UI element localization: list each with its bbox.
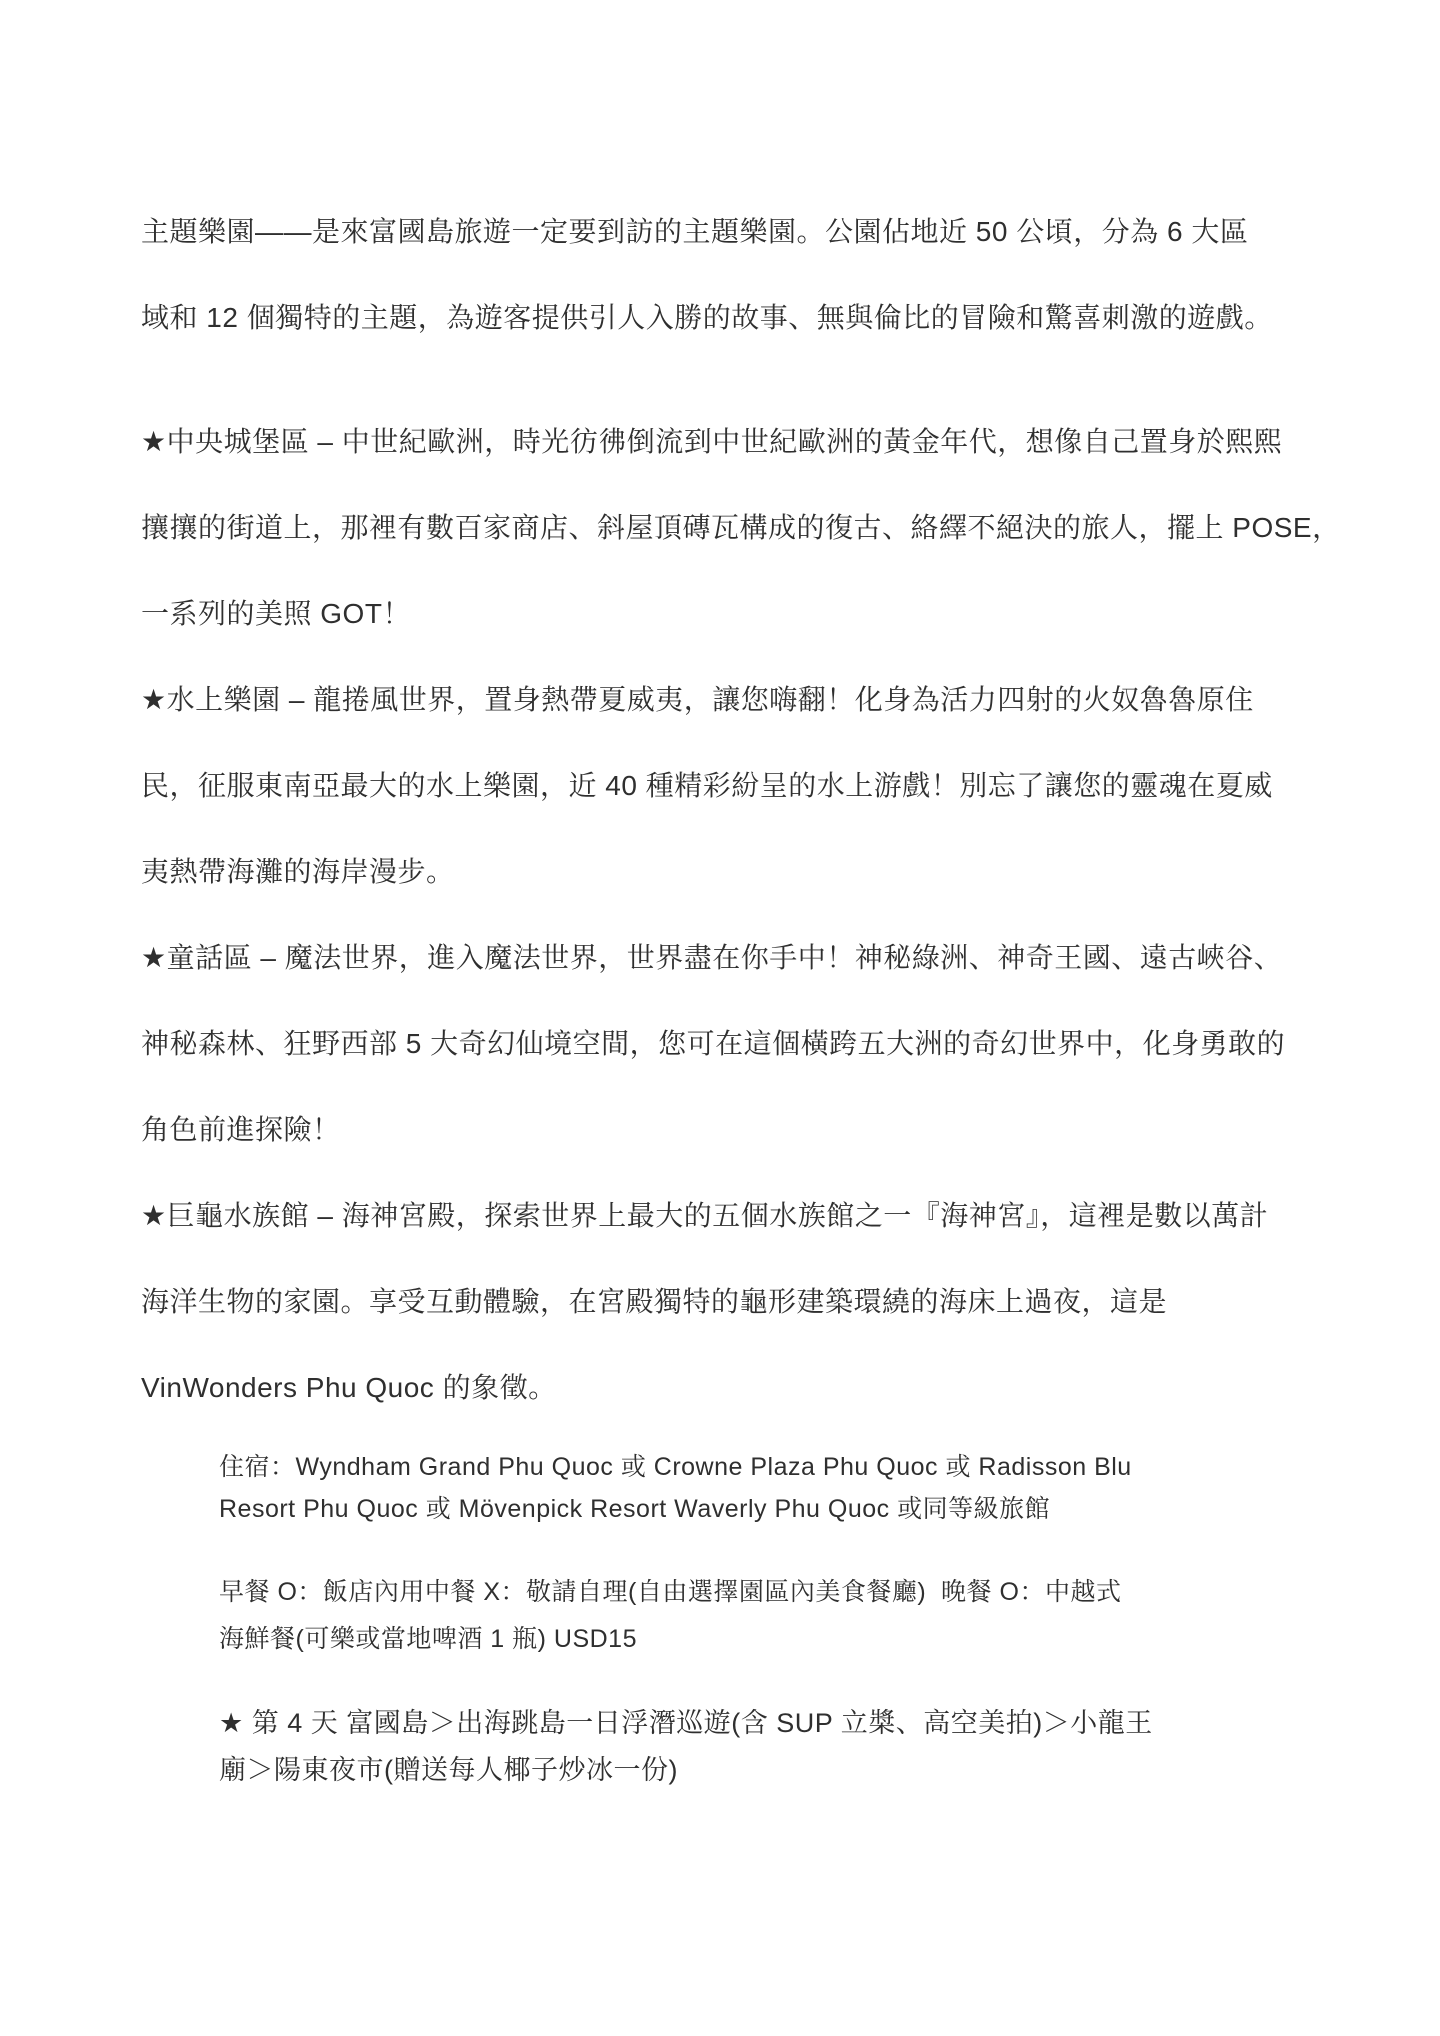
document-page: 主題樂園——是來富國島旅遊一定要到訪的主題樂園。公園佔地近 50 公頃，分為 6… (0, 0, 1440, 2036)
water-park-line-1: ★水上樂園 – 龍捲風世界，置身熱帶夏威夷，讓您嗨翻！化身為活力四射的火奴魯魯原… (141, 682, 1254, 717)
water-park-line-3: 夷熱帶海灘的海岸漫步。 (141, 854, 455, 889)
meals-note-line-2: 海鮮餐(可樂或當地啤酒 1 瓶) USD15 (219, 1624, 637, 1655)
fairy-tale-line-3: 角色前進探險！ (141, 1112, 341, 1147)
hotel-note-line-2: Resort Phu Quoc 或 Mövenpick Resort Waver… (219, 1494, 1050, 1525)
water-park-line-2: 民，征服東南亞最大的水上樂園，近 40 種精彩紛呈的水上游戲！別忘了讓您的靈魂在… (141, 768, 1273, 803)
day4-heading-line-1: ★ 第 4 天 富國島＞出海跳島一日浮潛巡遊(含 SUP 立槳、高空美拍)＞小龍… (219, 1707, 1153, 1741)
day4-heading-line-2: 廟＞陽東夜市(贈送每人椰子炒冰一份) (219, 1754, 678, 1788)
hotel-note-line-1: 住宿：Wyndham Grand Phu Quoc 或 Crowne Plaza… (219, 1452, 1132, 1483)
aquarium-line-2: 海洋生物的家園。享受互動體驗，在宮殿獨特的龜形建築環繞的海床上過夜，這是 (141, 1284, 1167, 1319)
aquarium-line-3: VinWonders Phu Quoc 的象徵。 (141, 1370, 557, 1405)
meals-note-line-1: 早餐 O：飯店內用中餐 X：敬請自理(自由選擇園區內美食餐廳) 晚餐 O：中越式 (219, 1577, 1121, 1608)
aquarium-line-1: ★巨龜水族館 – 海神宮殿，探索世界上最大的五個水族館之一『海神宮』，這裡是數以… (141, 1198, 1268, 1233)
fairy-tale-line-2: 神秘森林、狂野西部 5 大奇幻仙境空間，您可在這個橫跨五大洲的奇幻世界中，化身勇… (141, 1026, 1285, 1061)
intro-line-1: 主題樂園——是來富國島旅遊一定要到訪的主題樂園。公園佔地近 50 公頃，分為 6… (141, 214, 1248, 249)
castle-zone-line-3: 一系列的美照 GOT！ (141, 596, 411, 631)
castle-zone-line-1: ★中央城堡區 – 中世紀歐洲，時光彷彿倒流到中世紀歐洲的黃金年代，想像自己置身於… (141, 424, 1282, 459)
fairy-tale-line-1: ★童話區 – 魔法世界，進入魔法世界，世界盡在你手中！神秘綠洲、神奇王國、遠古峽… (141, 940, 1282, 975)
castle-zone-line-2: 攘攘的街道上，那裡有數百家商店、斜屋頂磚瓦構成的復古、絡繹不絕決的旅人，擺上 P… (141, 510, 1341, 545)
intro-line-2: 域和 12 個獨特的主題，為遊客提供引人入勝的故事、無與倫比的冒險和驚喜刺激的遊… (141, 300, 1273, 335)
